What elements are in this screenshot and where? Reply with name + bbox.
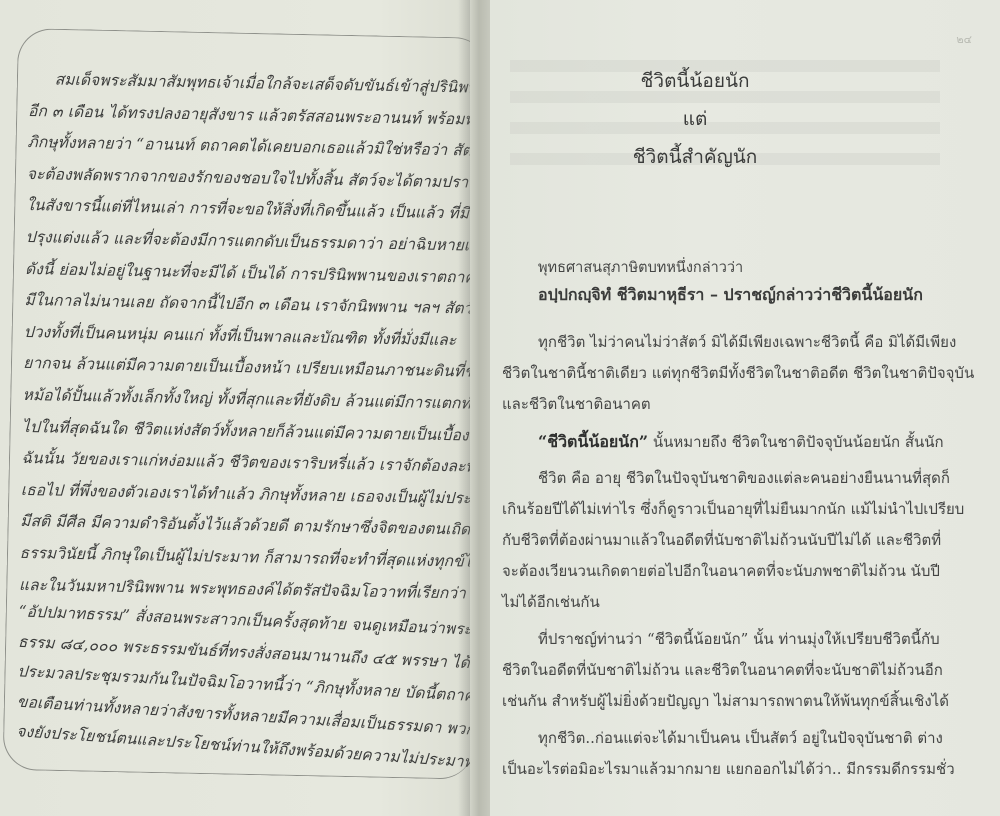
body-line: ไม่ได้อีกเช่นกัน: [502, 587, 957, 618]
body-text: ทุกชีวิต ไม่ว่าคนไม่ว่าสัตว์ มิได้มีเพีย…: [502, 327, 957, 785]
body-line: และชีวิตในชาติอนาคต: [502, 389, 957, 420]
book-gutter: [470, 0, 490, 816]
book-spread: สมเด็จพระสัมมาสัมพุทธเจ้าเมื่อใกล้จะเสด็…: [0, 0, 1000, 816]
page-number: ๒๔: [956, 30, 972, 48]
body-line: เช่นกัน สำหรับผู้ไม่ยิ่งด้วยปัญญา ไม่สาม…: [502, 686, 957, 717]
title-line: ชีวิตนี้สำคัญนัก: [490, 138, 900, 176]
body-line: ทุกชีวิต ไม่ว่าคนไม่ว่าสัตว์ มิได้มีเพีย…: [502, 327, 957, 358]
title-line: ชีวิตนี้น้อยนัก: [490, 62, 900, 100]
body-line: ทุกชีวิต..ก่อนแต่จะได้มาเป็นคน เป็นสัตว์…: [502, 723, 957, 754]
title-line: แต่: [490, 100, 900, 138]
pali-quote: อปฺปกญฺจิทํ ชีวิตมาหุธีรา – ปราชญ์กล่าวว…: [538, 283, 923, 308]
quote-intro: พุทธศาสนสุภาษิตบทหนึ่งกล่าวว่า: [538, 256, 743, 279]
body-line: ที่ปราชญ์ท่านว่า “ชีวิตนี้น้อยนัก” นั้น …: [502, 624, 957, 655]
body-text-span: นั้นหมายถึง ชีวิตในชาติปัจจุบันน้อยนัก ส…: [648, 433, 943, 451]
boxed-passage: สมเด็จพระสัมมาสัมพุทธเจ้าเมื่อใกล้จะเสด็…: [16, 12, 470, 767]
emphasis-phrase: “ชีวิตนี้น้อยนัก”: [538, 432, 648, 451]
chapter-title: ชีวิตนี้น้อยนัก แต่ ชีวิตนี้สำคัญนัก: [490, 62, 900, 176]
body-line: “ชีวิตนี้น้อยนัก” นั้นหมายถึง ชีวิตในชาต…: [502, 426, 957, 457]
body-line: กับชีวิตที่ต้องผ่านมาแล้วในอดีตที่นับชาต…: [502, 525, 957, 556]
left-page: สมเด็จพระสัมมาสัมพุทธเจ้าเมื่อใกล้จะเสด็…: [0, 0, 470, 816]
body-line: เกินร้อยปีได้ไม่เท่าไร ซึ่งก็ดูราวเป็นอา…: [502, 494, 957, 525]
body-line: ชีวิตในชาตินี้ชาติเดียว แต่ทุกชีวิตมีทั้…: [502, 358, 957, 389]
body-line: เป็นอะไรต่อมิอะไรมาแล้วมากมาย แยกออกไม่ไ…: [502, 754, 957, 785]
body-line: ชีวิตในอดีตที่นับชาติไม่ถ้วน และชีวิตในอ…: [502, 655, 957, 686]
page-curve-shadow: [458, 0, 470, 816]
right-page: ๒๔ ชีวิตนี้น้อยนัก แต่ ชีวิตนี้สำคัญนัก …: [490, 0, 1000, 816]
body-line: จะต้องเวียนวนเกิดตายต่อไปอีกในอนาคตที่จะ…: [502, 556, 957, 587]
body-line: ชีวิต คือ อายุ ชีวิตในปัจจุบันชาติของแต่…: [502, 463, 957, 494]
